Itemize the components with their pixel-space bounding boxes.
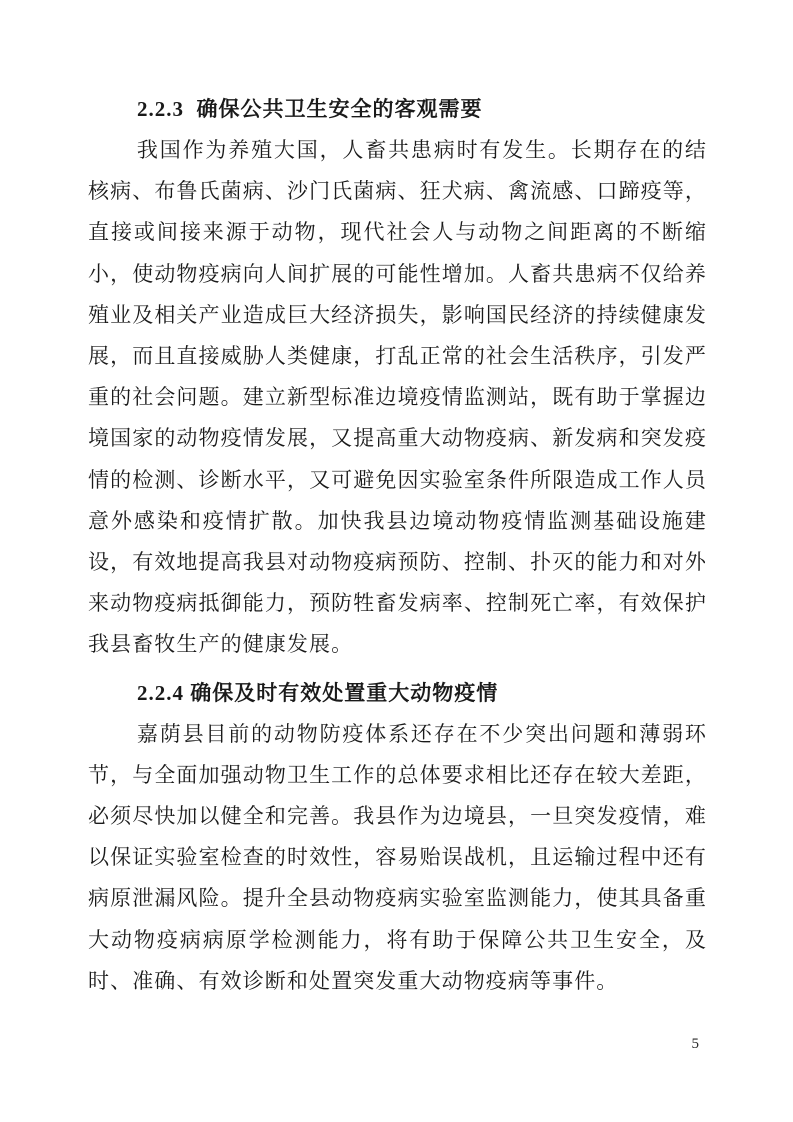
page-number: 5 bbox=[692, 1036, 700, 1053]
document-page: 2.2.3 确保公共卫生安全的客观需要 我国作为养殖大国，人畜共患病时有发生。长… bbox=[0, 0, 793, 1122]
section-heading-2-2-3: 2.2.3 确保公共卫生安全的客观需要 bbox=[88, 88, 707, 130]
section-heading-2-2-4: 2.2.4 确保及时有效处置重大动物疫情 bbox=[88, 672, 707, 714]
section-2-2-3-paragraph: 我国作为养殖大国，人畜共患病时有发生。长期存在的结核病、布鲁氏菌病、沙门氏菌病、… bbox=[88, 130, 707, 666]
section-2-2-4-paragraph: 嘉荫县目前的动物防疫体系还存在不少突出问题和薄弱环节，与全面加强动物卫生工作的总… bbox=[88, 714, 707, 1002]
document-content: 2.2.3 确保公共卫生安全的客观需要 我国作为养殖大国，人畜共患病时有发生。长… bbox=[88, 88, 707, 1004]
